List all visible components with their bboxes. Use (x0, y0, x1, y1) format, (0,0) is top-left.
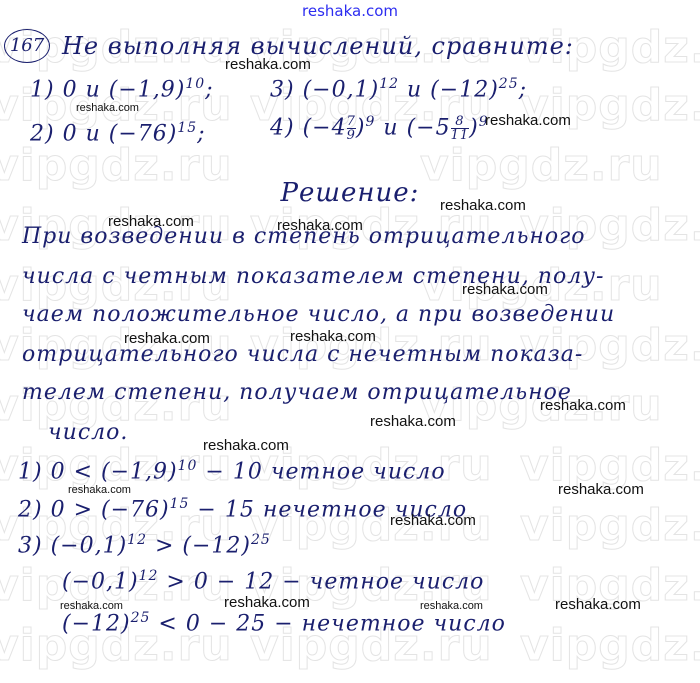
answer-exponent-2: 25 (251, 532, 271, 548)
watermark-stamp: reshaka.com (555, 596, 641, 613)
item-label: 4) (270, 115, 295, 140)
watermark-stamp: reshaka.com (76, 102, 139, 114)
answer-note: < 0 − 25 − нечетное число (150, 611, 506, 636)
watermark-stamp: reshaka.com (440, 197, 526, 214)
fraction-denominator: 9 (347, 128, 356, 142)
item-expr: (−0,1) (303, 77, 380, 102)
item-exponent: 12 (379, 76, 399, 92)
fraction: 811 (451, 115, 470, 142)
item-expr: (−4 (303, 115, 347, 140)
answer-exponent: 15 (170, 496, 190, 512)
answer-expr: (−12) (62, 611, 131, 636)
item-exponent-2: 25 (499, 76, 519, 92)
watermark-stamp: reshaka.com (558, 481, 644, 498)
watermark-stamp: reshaka.com (540, 397, 626, 414)
task-item-4: 4) (−479)9 и (−5811)9 (270, 114, 489, 142)
fraction: 79 (347, 115, 356, 142)
item-label: 3) (270, 77, 295, 102)
item-label: 2) (30, 121, 55, 146)
answer-3b: (−12)25 < 0 − 25 − нечетное число (62, 610, 506, 636)
item-exponent: 15 (177, 120, 197, 136)
answer-exponent: 10 (178, 458, 198, 474)
solution-line: чаем положительное число, а при возведен… (22, 302, 615, 327)
watermark-stamp: reshaka.com (225, 56, 311, 73)
item-end: ; (205, 77, 213, 102)
answer-note: − 10 четное число (197, 459, 445, 484)
watermark-stamp: reshaka.com (108, 213, 194, 230)
item-expr: 0 и (−1,9) (63, 77, 186, 102)
solution-line: телем степени, получаем отрицательное (22, 380, 572, 405)
watermark-stamp: reshaka.com (60, 600, 123, 612)
solution-line: число. (48, 420, 128, 445)
item-exponent: 9 (365, 114, 375, 130)
answer-expr: 2) 0 > (−76) (18, 497, 170, 522)
item-end: ; (519, 77, 527, 102)
task-item-2: 2) 0 и (−76)15; (30, 120, 206, 146)
item-expr: 0 и (−76) (63, 121, 178, 146)
task-item-3: 3) (−0,1)12 и (−12)25; (270, 76, 527, 102)
answer-3: 3) (−0,1)12 > (−12)25 (18, 532, 271, 558)
watermark: vipgdz.ru (520, 500, 700, 551)
watermark-stamp: reshaka.com (420, 600, 483, 612)
answer-expr: (−0,1) (62, 569, 139, 594)
watermark-stamp: reshaka.com (277, 217, 363, 234)
answer-3a: (−0,1)12 > 0 − 12 − четное число (62, 568, 484, 594)
answer-exponent: 25 (131, 610, 151, 626)
answer-expr: 3) (−0,1) (18, 533, 127, 558)
watermark-stamp: reshaka.com (124, 330, 210, 347)
watermark-stamp: reshaka.com (68, 484, 131, 496)
fraction-numerator: 8 (451, 115, 470, 128)
watermark-stamp: reshaka.com (224, 594, 310, 611)
answer-expr: 1) 0 < (−1,9) (18, 459, 178, 484)
item-mid: и (−5 (383, 115, 450, 140)
watermark-stamp: reshaka.com (462, 281, 548, 298)
task-number: 167 (4, 29, 50, 63)
fraction-numerator: 7 (347, 115, 356, 128)
answer-exponent: 12 (127, 532, 147, 548)
watermark-stamp: reshaka.com (203, 437, 289, 454)
task-item-1: 1) 0 и (−1,9)10; (30, 76, 214, 102)
site-logo[interactable]: reshaka.com (0, 2, 700, 20)
fraction-denominator: 11 (451, 128, 470, 142)
answer-note: > 0 − 12 − четное число (158, 569, 484, 594)
item-exponent: 10 (185, 76, 205, 92)
watermark-stamp: reshaka.com (485, 112, 571, 129)
item-mid: и (−12) (407, 77, 499, 102)
item-end: ; (197, 121, 205, 146)
solution-line: отрицательного числа с нечетным показа- (22, 342, 583, 367)
watermark-stamp: reshaka.com (370, 413, 456, 430)
answer-expr-2: > (−12) (147, 533, 251, 558)
answer-exponent: 12 (139, 568, 159, 584)
answer-1: 1) 0 < (−1,9)10 − 10 четное число (18, 458, 446, 484)
watermark-stamp: reshaka.com (290, 328, 376, 345)
item-label: 1) (30, 77, 55, 102)
solution-heading: Решение: (0, 178, 700, 208)
watermark: vipgdz.ru (520, 620, 700, 671)
task-title: Не выполняя вычислений, сравните: (62, 32, 574, 60)
watermark-stamp: reshaka.com (390, 512, 476, 529)
